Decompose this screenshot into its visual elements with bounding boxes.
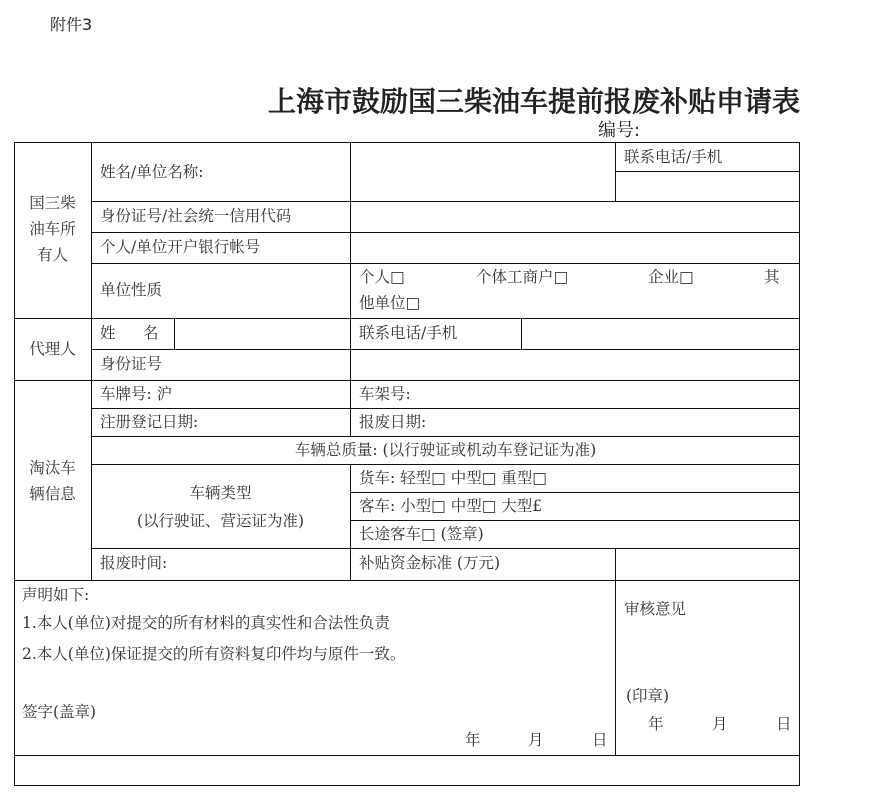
table-border-bottom	[14, 785, 800, 786]
vehicle-type-note: (以行驶证、营运证为准)	[91, 511, 350, 531]
declaration-item-2: 2.本人(单位)保证提交的所有资料复印件均与原件一致。	[22, 644, 405, 664]
nature-option-enterprise[interactable]: 企业□	[648, 267, 694, 287]
attachment-label: 附件3	[50, 12, 92, 35]
divider	[91, 349, 800, 350]
agent-id-field[interactable]	[352, 351, 798, 379]
vehicle-label-line: 辆信息	[14, 481, 91, 507]
agent-id-label: 身份证号	[100, 354, 162, 374]
truck-type-options[interactable]: 货车: 轻型□ 中型□ 重型□	[359, 468, 547, 488]
divider	[615, 171, 800, 172]
form-title: 上海市鼓励国三柴油车提前报废补贴申请表	[268, 80, 800, 120]
declaration-heading: 声明如下:	[22, 585, 89, 605]
declaration-item-1: 1.本人(单位)对提交的所有材料的真实性和合法性负责	[22, 613, 390, 633]
owner-nature-label: 单位性质	[100, 280, 162, 300]
vehicle-section-label: 淘汰车 辆信息	[14, 455, 91, 507]
divider	[350, 142, 351, 320]
review-heading: 审核意见	[624, 599, 686, 619]
remarks-field[interactable]	[16, 757, 798, 784]
nature-option-other-part1: 其	[764, 267, 780, 287]
owner-label-line: 油车所	[14, 216, 91, 242]
divider	[91, 436, 800, 437]
declaration-date-day: 日	[592, 730, 608, 750]
review-date-day: 日	[776, 714, 792, 734]
owner-id-label: 身份证号/社会统一信用代码	[100, 206, 291, 226]
divider	[91, 408, 800, 409]
nature-option-self-employed[interactable]: 个体工商户□	[476, 267, 568, 287]
nature-option-other[interactable]: 他单位□	[359, 293, 420, 313]
divider	[14, 318, 800, 319]
subsidy-standard-label: 补贴资金标准 (万元)	[359, 553, 500, 573]
divider	[350, 318, 351, 436]
divider	[350, 464, 351, 580]
subsidy-standard-field[interactable]	[617, 550, 798, 579]
divider	[91, 548, 800, 549]
plate-number-label: 车牌号: 沪	[100, 384, 172, 404]
owner-label-line: 国三柴	[14, 190, 91, 216]
review-date-month: 月	[712, 714, 728, 734]
owner-label-line: 有人	[14, 242, 91, 268]
frame-number-label: 车架号:	[359, 384, 411, 404]
agent-name-field[interactable]	[176, 320, 349, 348]
signature-label: 签字(盖章)	[22, 702, 96, 722]
divider	[521, 318, 522, 349]
scrap-time-label: 报废时间:	[100, 553, 167, 573]
long-distance-bus-option[interactable]: 长途客车□ (签章)	[359, 524, 484, 544]
divider	[14, 380, 800, 381]
divider	[14, 580, 800, 581]
serial-number-label: 编号:	[598, 116, 640, 142]
vehicle-label-line: 淘汰车	[14, 455, 91, 481]
owner-phone-label: 联系电话/手机	[624, 147, 722, 167]
register-date-label: 注册登记日期:	[100, 412, 198, 432]
owner-section-label: 国三柴 油车所 有人	[14, 190, 91, 268]
review-seal-label: (印章)	[626, 686, 669, 706]
owner-bank-label: 个人/单位开户银行帐号	[100, 237, 260, 257]
vehicle-type-label: 车辆类型	[91, 483, 350, 503]
owner-name-field[interactable]	[352, 144, 614, 200]
divider	[350, 520, 800, 521]
declaration-date-year: 年	[465, 730, 481, 750]
review-date-year: 年	[648, 714, 664, 734]
bus-type-options[interactable]: 客车: 小型□ 中型□ 大型£	[359, 496, 542, 516]
nature-option-individual[interactable]: 个人□	[359, 267, 405, 287]
owner-phone-field[interactable]	[617, 173, 798, 200]
divider	[174, 318, 175, 349]
owner-id-field[interactable]	[352, 203, 798, 231]
scrap-date-label: 报废日期:	[359, 412, 426, 432]
owner-bank-field[interactable]	[352, 234, 798, 262]
divider	[91, 464, 800, 465]
agent-phone-label: 联系电话/手机	[359, 323, 457, 343]
divider	[91, 232, 800, 233]
declaration-date-month: 月	[528, 730, 544, 750]
agent-name-label: 姓 名	[100, 323, 165, 343]
divider	[615, 142, 616, 202]
divider	[14, 755, 800, 756]
agent-section-label: 代理人	[14, 339, 91, 359]
divider	[350, 492, 800, 493]
total-mass-label: 车辆总质量: (以行驶证或机动车登记证为准)	[91, 440, 800, 460]
owner-name-label: 姓名/单位名称:	[100, 162, 203, 182]
agent-phone-field[interactable]	[523, 320, 798, 348]
divider	[91, 263, 800, 264]
table-border-top	[14, 142, 800, 143]
divider	[91, 201, 800, 202]
